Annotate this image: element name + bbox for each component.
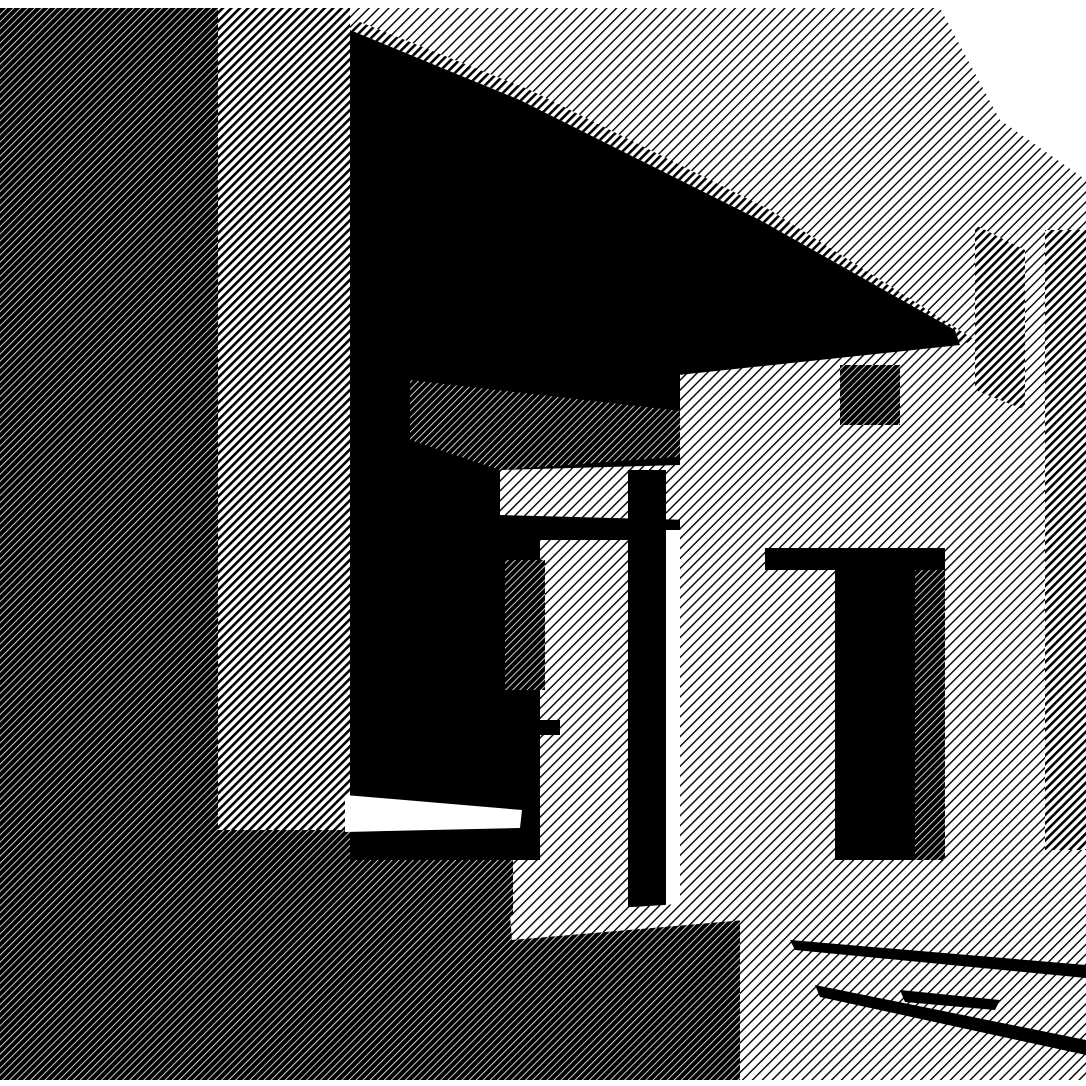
top-border <box>0 0 1086 8</box>
door-frame-post <box>628 470 666 910</box>
photograph: Dithered black-and-white photograph of a… <box>0 0 1086 1086</box>
far-right-wall <box>1045 230 1086 850</box>
window-opening <box>835 570 915 860</box>
base-shadow <box>218 830 513 1086</box>
door-jamb <box>666 530 680 910</box>
dark-left-wall <box>0 8 218 1086</box>
window-side-panel <box>765 570 835 860</box>
upper-window-frame <box>975 225 1025 410</box>
building-entrance-illustration <box>0 0 1086 1086</box>
window-reveal <box>915 570 945 860</box>
small-window <box>840 365 900 425</box>
door-opening <box>540 540 630 880</box>
window-lintel <box>765 548 945 570</box>
bottom-border <box>0 1080 1086 1086</box>
railing-post <box>505 560 545 690</box>
